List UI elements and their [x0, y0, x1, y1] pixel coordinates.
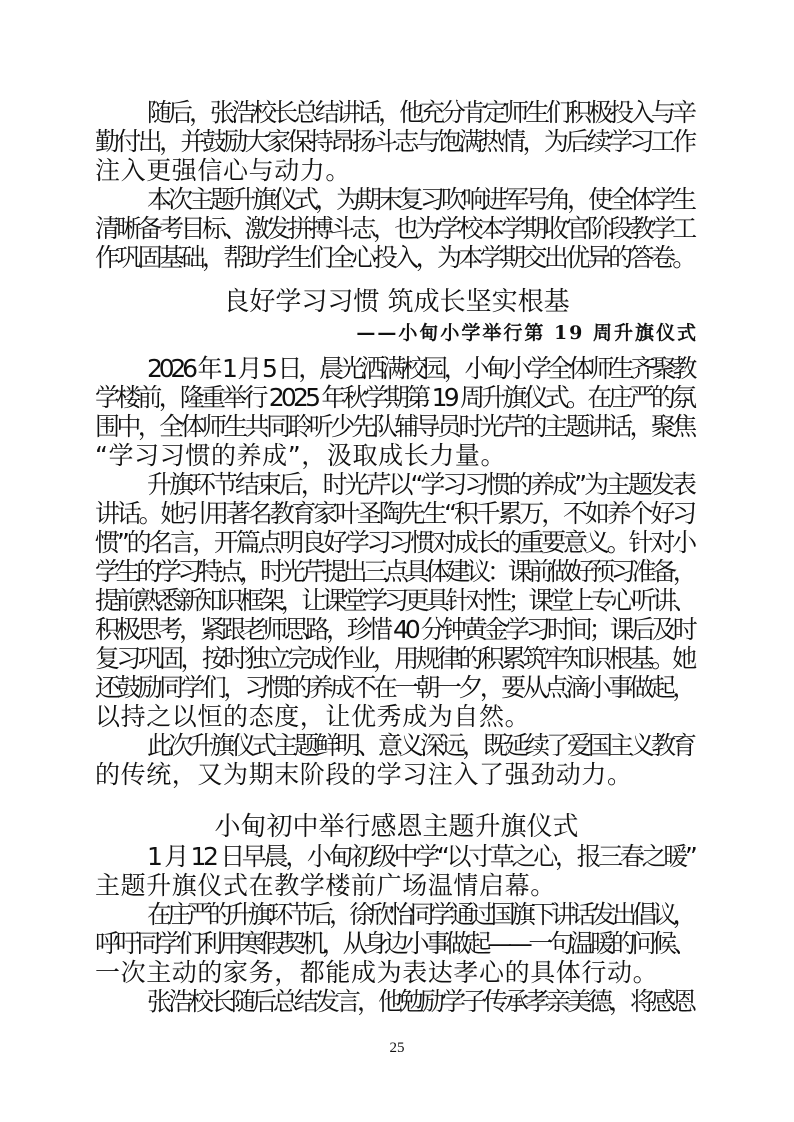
text-line: 呼吁同学们利用寒假契机，从身边小事做起——一句温暖的问候、: [95, 929, 698, 958]
document-page: 随后，张浩校长总结讲话，他充分肯定师生们积极投入与辛 勤付出，并鼓励大家保持昂扬…: [0, 0, 794, 1122]
text-line: 学生的学习特点，时光芹提出三点具体建议：课前做好预习准备，: [95, 557, 698, 586]
text-line: 一次主动的家务，都能成为表达孝心的具体行动。: [95, 958, 698, 987]
text-line: 讲话。她引用著名教育家叶圣陶先生“积千累万，不如养个好习: [95, 499, 698, 528]
article-subtitle-primary: ——小甸小学举行第 19 周升旗仪式: [95, 320, 698, 346]
article-title-primary: 良好学习习惯 筑成长坚实根基: [95, 287, 698, 317]
text-line: 清晰备考目标、激发拼搏斗志，也为学校本学期收官阶段教学工: [95, 214, 698, 243]
text-line: 以持之以恒的态度，让优秀成为自然。: [95, 702, 698, 731]
text-line: 复习巩固，按时独立完成作业，用规律的积累筑牢知识根基。她: [95, 644, 698, 673]
article-title-middle: 小甸初中举行感恩主题升旗仪式: [95, 812, 698, 842]
text-line: 升旗环节结束后，时光芹以“学习习惯的养成”为主题发表: [147, 470, 698, 499]
text-line: 围中，全体师生共同聆听少先队辅导员时光芹的主题讲话，聚焦: [95, 412, 698, 441]
text-line: 惯”的名言，开篇点明良好学习习惯对成长的重要意义。针对小: [95, 528, 698, 557]
text-line: 张浩校长随后总结发言，他勉励学子传承孝亲美德，将感恩: [147, 987, 698, 1016]
text-line: 注入更强信心与动力。: [95, 156, 698, 185]
text-line: “学习习惯的养成”，汲取成长力量。: [95, 441, 698, 470]
text-line: 提前熟悉新知识框架，让课堂学习更具针对性；课堂上专心听讲、: [95, 586, 698, 615]
text-line: 1 月 12 日早晨，小甸初级中学“以寸草之心，报三春之暖”: [147, 842, 698, 871]
text-line: 还鼓励同学们，习惯的养成不在一朝一夕，要从点滴小事做起，: [95, 673, 698, 702]
text-line: 随后，张浩校长总结讲话，他充分肯定师生们积极投入与辛: [147, 98, 698, 127]
text-line: 积极思考，紧跟老师思路，珍惜 40 分钟黄金学习时间；课后及时: [95, 615, 698, 644]
text-line: 作巩固基础，帮助学生们全心投入，为本学期交出优异的答卷。: [95, 243, 698, 272]
text-line: 在庄严的升旗环节后，徐欣怡同学通过国旗下讲话发出倡议，: [147, 900, 698, 929]
page-number: 25: [0, 1040, 794, 1057]
text-line: 勤付出，并鼓励大家保持昂扬斗志与饱满热情，为后续学习工作: [95, 127, 698, 156]
text-line: 学楼前，隆重举行 2025 年秋学期第 19 周升旗仪式。在庄严的氛: [95, 383, 698, 412]
text-line: 2026 年 1 月 5 日，晨光洒满校园，小甸小学全体师生齐聚教: [147, 354, 698, 383]
text-line: 的传统，又为期末阶段的学习注入了强劲动力。: [95, 760, 698, 789]
text-line: 此次升旗仪式主题鲜明、意义深远，既延续了爱国主义教育: [147, 731, 698, 760]
text-line: 本次主题升旗仪式，为期末复习吹响进军号角，使全体学生: [147, 185, 698, 214]
text-line: 主题升旗仪式在教学楼前广场温情启幕。: [95, 871, 698, 900]
